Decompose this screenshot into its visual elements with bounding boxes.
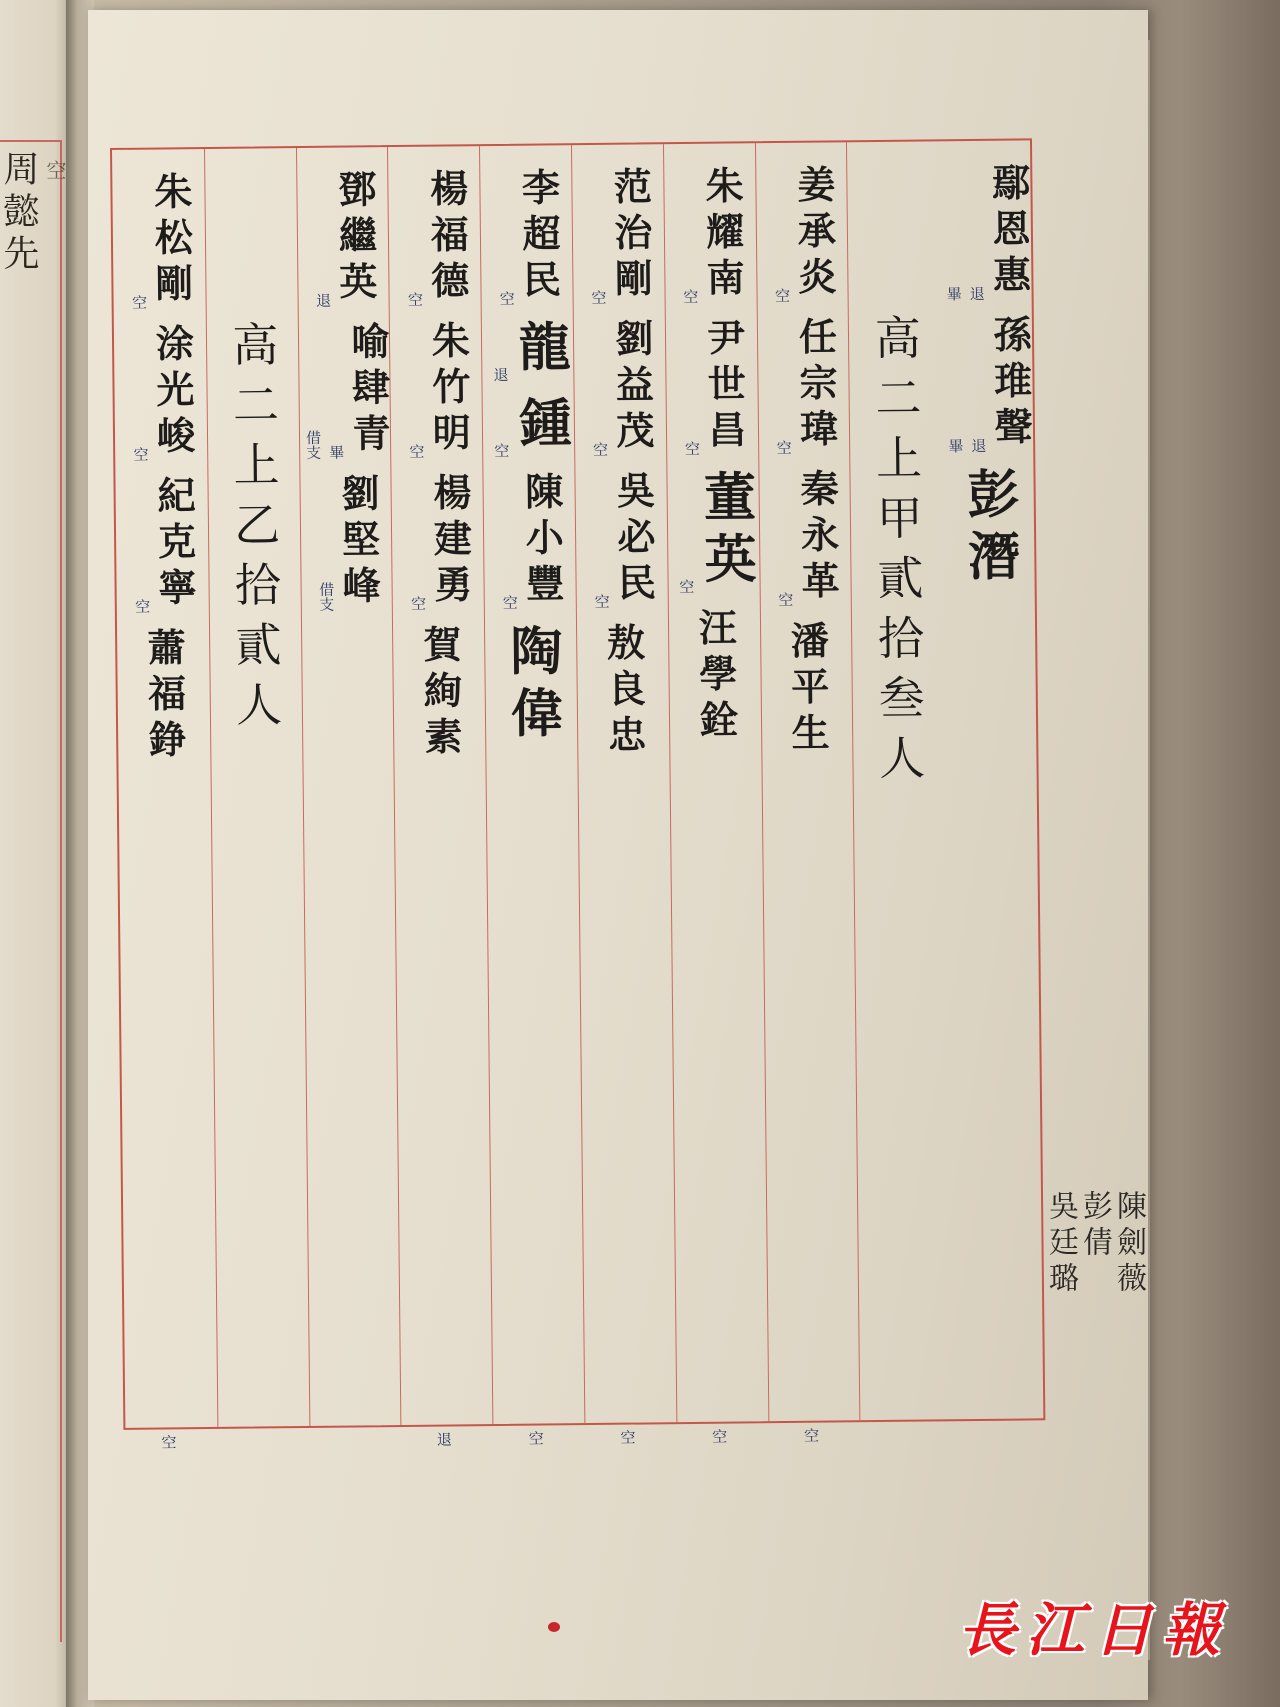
margin-name: 吳廷璐 (1045, 1190, 1075, 1298)
ink-stain (548, 1622, 560, 1632)
below-grid-note: 空 (158, 1434, 179, 1449)
roster-entry: 蕭福錚 (144, 627, 183, 765)
roster-column: 楊福德空朱竹明空楊建勇空賀絢素 (387, 146, 492, 1425)
status-note: 借支 (316, 582, 337, 612)
student-name: 楊建勇 (430, 472, 469, 610)
class-label: 高二上甲貳拾叁人 (862, 313, 933, 794)
facing-page-border (0, 140, 62, 1642)
status-note: 畢 (944, 286, 965, 301)
student-name: 任宗瑋 (795, 316, 834, 454)
roster-entry: 陶偉 (505, 623, 558, 748)
student-name: 朱耀南 (702, 165, 741, 303)
roster-entry: 朱竹明空 (405, 320, 467, 459)
status-note: 空 (588, 290, 609, 305)
status-note: 退 (967, 286, 988, 301)
status-note: 退 (968, 438, 989, 453)
roster-entry: 范治剛空 (587, 166, 649, 305)
student-name: 劉堅峰 (338, 473, 377, 611)
student-name: 龍 (513, 319, 566, 382)
newspaper-watermark: 長江日報 (958, 1583, 1230, 1667)
class-label: 高二上乙拾貳人 (219, 320, 289, 741)
student-name: 范治剛 (610, 166, 649, 304)
student-name: 陳小豐 (522, 471, 561, 609)
roster-entry: 龍退 (490, 319, 566, 382)
roster-column: 姜承炎空任宗瑋空秦永革空潘平生 (755, 142, 860, 1421)
roster-column: 李超民空龍退鍾空陳小豐空陶偉 (479, 145, 584, 1424)
roster-entry: 涂光峻空 (129, 323, 191, 462)
student-name: 敖良忠 (603, 622, 642, 760)
roster-entry: 紀克寧空 (131, 475, 193, 614)
student-name: 陶偉 (505, 623, 558, 748)
status-note: 空 (592, 594, 613, 609)
roster-entry: 彭潛 (961, 467, 1014, 592)
roster-entry: 楊建勇空 (407, 472, 469, 611)
below-grid-note: 空 (526, 1430, 547, 1445)
below-grid-note: 空 (709, 1429, 730, 1444)
roster-column: 朱耀南空尹世昌空董英空汪學銓 (663, 143, 768, 1422)
status-note: 空 (772, 288, 793, 303)
student-name: 鄧繼英 (335, 169, 374, 307)
roster-entry: 劉益茂空 (589, 318, 651, 457)
status-note: 空 (408, 596, 429, 611)
roster-entry: 朱松剛空 (128, 171, 190, 310)
student-name: 鄢恩惠 (988, 162, 1027, 300)
roster-entry: 鍾空 (491, 395, 567, 458)
ruled-grid: 鄢恩惠退畢孫琟聲退畢彭潛高二上甲貳拾叁人姜承炎空任宗瑋空秦永革空潘平生空朱耀南空… (110, 138, 1045, 1430)
roster-column: 高二上乙拾貳人 (204, 148, 309, 1427)
roster-column: 朱松剛空涂光峻空紀克寧空蕭福錚 (112, 149, 217, 1428)
student-name: 劉益茂 (612, 318, 651, 456)
student-name: 朱松剛 (151, 171, 190, 309)
student-name: 涂光峻 (152, 323, 191, 461)
roster-entry: 楊福德空 (404, 168, 466, 307)
roster-entry: 李超民空 (495, 167, 557, 306)
below-grid-note: 空 (801, 1428, 822, 1443)
status-note: 畢 (326, 445, 347, 460)
status-note: 空 (491, 443, 512, 458)
margin-name: 陳劍薇 (1113, 1190, 1143, 1298)
student-name: 尹世昌 (704, 317, 743, 455)
student-name: 姜承炎 (794, 164, 833, 302)
status-note: 空 (682, 441, 703, 456)
status-note: 空 (405, 292, 426, 307)
roster-entry: 吳必民空 (590, 470, 652, 609)
status-note: 空 (132, 599, 153, 614)
roster-column: 鄢恩惠退畢孫琟聲退畢彭潛 (938, 140, 1043, 1419)
roster-entry: 陳小豐空 (499, 471, 561, 610)
status-note: 借支 (303, 430, 324, 460)
below-grid-note: 退 (434, 1431, 455, 1446)
status-note: 空 (774, 440, 795, 455)
margin-name: 彭倩 (1079, 1190, 1109, 1298)
below-grid-note: 空 (617, 1430, 638, 1445)
roster-entry: 鄧繼英退 (312, 169, 374, 308)
status-note: 空 (775, 592, 796, 607)
student-name: 喻肆青 (348, 321, 387, 459)
status-note: 空 (129, 295, 150, 310)
status-note: 空 (680, 289, 701, 304)
student-name: 朱竹明 (428, 320, 467, 458)
roster-entry: 賀絢素 (420, 624, 459, 762)
student-name: 秦永革 (797, 468, 836, 606)
roster-entry: 尹世昌空 (681, 317, 743, 456)
student-name: 蕭福錚 (144, 627, 183, 765)
student-name: 彭潛 (961, 467, 1014, 592)
roster-entry: 喻肆青畢借支 (302, 321, 387, 460)
status-note: 畢 (945, 438, 966, 453)
roster-entry: 秦永革空 (774, 468, 836, 607)
roster-entry: 朱耀南空 (679, 165, 741, 304)
student-name: 賀絢素 (420, 624, 459, 762)
roster-entry: 敖良忠 (603, 622, 642, 760)
student-name: 楊福德 (427, 168, 466, 306)
status-note: 空 (406, 444, 427, 459)
student-name: 董英 (698, 469, 751, 594)
status-note: 空 (500, 595, 521, 610)
roster-column: 高二上甲貳拾叁人 (846, 141, 951, 1420)
roster-entry: 潘平生 (787, 621, 826, 759)
roster-column: 鄧繼英退喻肆青畢借支劉堅峰借支 (296, 147, 401, 1426)
status-note: 退 (490, 367, 511, 382)
status-note: 退 (313, 293, 334, 308)
student-name: 鍾 (514, 395, 567, 458)
status-note: 空 (497, 291, 518, 306)
roster-entry: 孫琟聲退畢 (944, 314, 1029, 453)
roster-entry: 姜承炎空 (771, 164, 833, 303)
roster-entry: 任宗瑋空 (772, 316, 834, 455)
right-margin-names: 陳劍薇彭倩吳廷璐 (1045, 1190, 1143, 1298)
student-name: 孫琟聲 (990, 314, 1029, 452)
roster-entry: 鄢恩惠退畢 (942, 162, 1027, 301)
facing-page-name: 周懿先 (4, 150, 44, 276)
status-note: 空 (676, 579, 697, 594)
roster-entry: 董英空 (675, 469, 751, 594)
status-note: 空 (131, 447, 152, 462)
student-name: 紀克寧 (154, 475, 193, 613)
student-name: 汪學銓 (695, 608, 734, 746)
roster-entry: 汪學銓 (695, 608, 734, 746)
student-name: 吳必民 (613, 470, 652, 608)
roster-entry: 劉堅峰借支 (315, 473, 377, 612)
roster-column: 范治剛空劉益茂空吳必民空敖良忠 (571, 144, 676, 1423)
student-name: 潘平生 (787, 621, 826, 759)
status-note: 空 (590, 442, 611, 457)
student-name: 李超民 (518, 167, 557, 305)
